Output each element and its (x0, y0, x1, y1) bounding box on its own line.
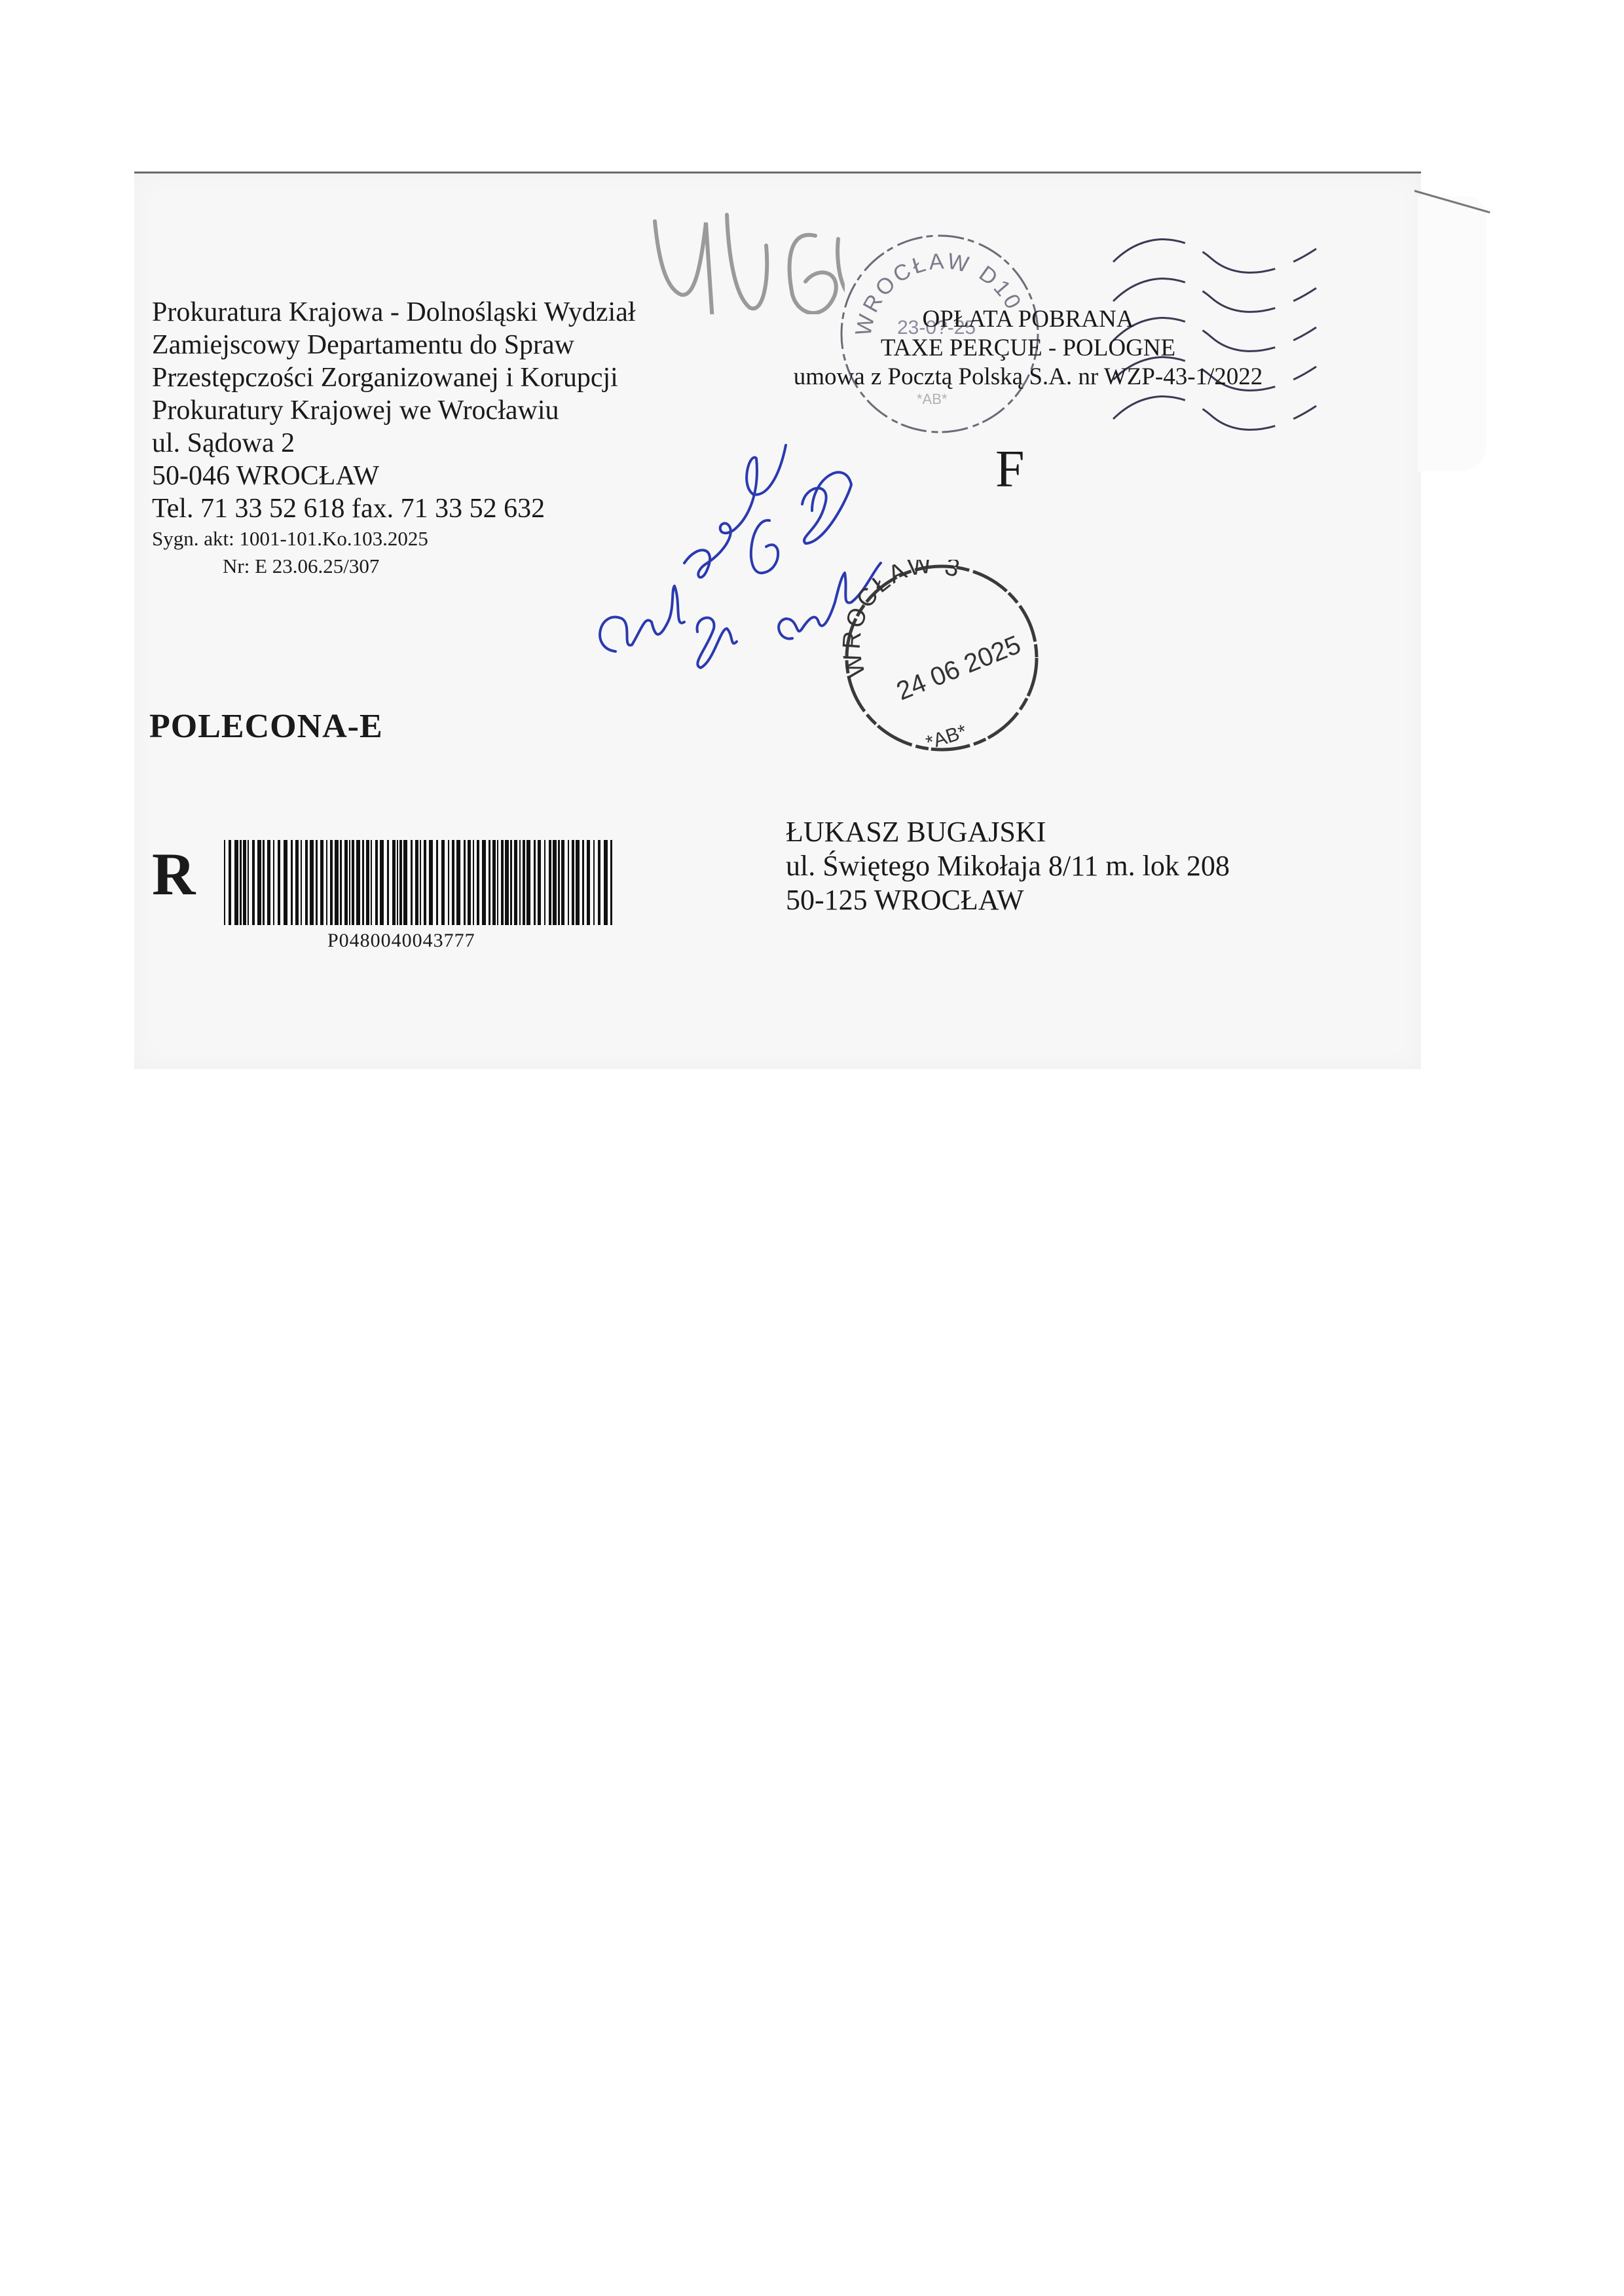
service-label: POLECONA-E (149, 707, 383, 746)
tracking-barcode (224, 840, 617, 925)
postage-paid-line: umowa z Pocztą Polską S.A. nr WZP-43-1/2… (766, 363, 1290, 392)
svg-text:*AB*: *AB* (917, 391, 948, 407)
recipient-street: ul. Świętego Mikołaja 8/11 m. lok 208 (786, 849, 1230, 883)
postmark-wroclaw-3: WROCŁAW 3 24 06 2025 *AB* (830, 560, 1053, 756)
document-number: Nr: E 23.06.25/307 (152, 553, 636, 580)
svg-text:24 06 2025: 24 06 2025 (893, 630, 1025, 706)
postage-paid-imprint: OPŁATA POBRANA TAXE PERÇUE - POLOGNE umo… (766, 305, 1290, 392)
recipient-city: 50-125 WROCŁAW (786, 883, 1230, 917)
tracking-number: P0480040043777 (327, 930, 475, 952)
postage-paid-line: OPŁATA POBRANA (766, 305, 1290, 334)
sender-line: Prokuratura Krajowa - Dolnośląski Wydzia… (152, 296, 636, 329)
recipient-name: ŁUKASZ BUGAJSKI (786, 815, 1230, 849)
sender-line: Tel. 71 33 52 618 fax. 71 33 52 632 (152, 492, 636, 525)
envelope-flap (1418, 196, 1486, 471)
sender-line: 50-046 WROCŁAW (152, 460, 636, 492)
registered-mark: R (152, 839, 195, 909)
sender-line: Zamiejscowy Departamentu do Spraw (152, 329, 636, 361)
sender-line: Przestępczości Zorganizowanej i Korupcji (152, 361, 636, 394)
sender-line: ul. Sądowa 2 (152, 427, 636, 460)
sender-line: Prokuratury Krajowej we Wrocławiu (152, 394, 636, 427)
f-mark: F (995, 440, 1025, 500)
case-reference: Sygn. akt: 1001-101.Ko.103.2025 (152, 525, 636, 553)
postage-paid-line: TAXE PERÇUE - POLOGNE (766, 334, 1290, 363)
recipient-address: ŁUKASZ BUGAJSKI ul. Świętego Mikołaja 8/… (786, 815, 1230, 917)
sender-address: Prokuratura Krajowa - Dolnośląski Wydzia… (152, 296, 636, 580)
handwritten-number: 4464 (629, 210, 845, 314)
